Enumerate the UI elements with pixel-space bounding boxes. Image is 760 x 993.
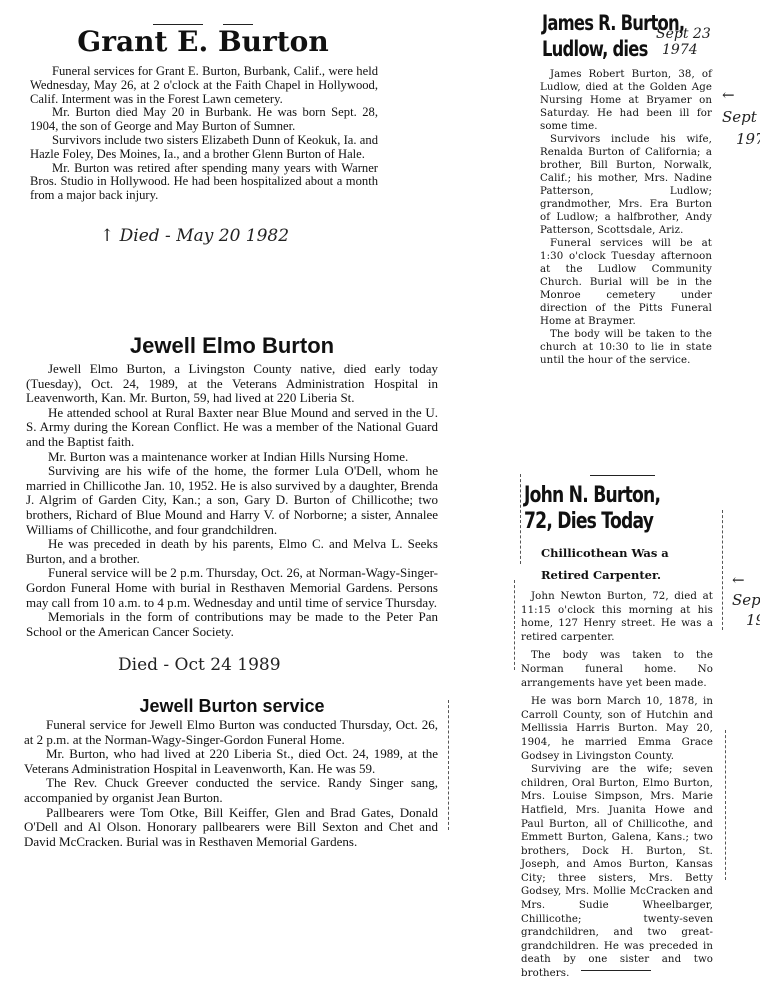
paragraph: James Robert Burton, 38, of Ludlow, died… [540,68,712,133]
article-body: Funeral service for Jewell Elmo Burton w… [24,718,438,849]
paragraph: He was preceded in death by his parents,… [26,537,438,566]
headline-line: 72, Dies Today [524,509,660,535]
headline: Jewell Burton service [24,695,440,717]
paragraph: Mr. Burton died May 20 in Burbank. He wa… [30,106,378,134]
margin-note-line: Sep [732,590,760,610]
article-body: James Robert Burton, 38, of Ludlow, died… [540,68,712,367]
handwritten-date-line: Sept 23 [656,26,711,42]
handwritten-date: Sept 23 1974 [656,26,711,58]
clipping-edge [514,580,515,670]
clipping-edge [520,474,521,564]
paragraph: Mr. Burton was retired after spending ma… [30,162,378,203]
arrow-left-icon: ← [722,84,760,106]
arrow-left-icon: ← [732,570,760,590]
article-body: Jewell Elmo Burton, a Livingston County … [26,362,438,639]
headline-line: John N. Burton, [524,483,660,509]
subheadline: Chillicothean Was a Retired Carpenter. [541,542,669,586]
top-rule [590,475,655,476]
handwritten-death-date: ↑ Died - May 20 1982 [100,226,289,246]
paragraph: The Rev. Chuck Greever conducted the ser… [24,776,438,805]
paragraph: Funeral services for Grant E. Burton, Bu… [30,65,378,106]
paragraph: He was born March 10, 1878, in Carroll C… [521,695,713,763]
paragraph: The body was taken to the Norman funeral… [521,649,713,690]
article-body: John Newton Burton, 72, died at 11:15 o'… [521,590,713,981]
paragraph: Survivors include two sisters Elizabeth … [30,134,378,162]
clipping-edge [722,510,723,630]
paragraph: Funeral service will be 2 p.m. Thursday,… [26,566,438,610]
margin-note-line: 19 [732,610,760,630]
clipping-edge [448,700,449,830]
headline: Grant E. Burton [28,26,378,58]
paragraph: Pallbearers were Tom Otke, Bill Keiffer,… [24,806,438,850]
handwritten-death-date: Died - Oct 24 1989 [118,655,281,675]
paragraph: The body will be taken to the church at … [540,328,712,367]
headline: Jewell Elmo Burton [26,333,438,359]
subheadline-line: Retired Carpenter. [541,564,669,586]
handwritten-date-line: 1974 [656,42,711,58]
paragraph: Jewell Elmo Burton, a Livingston County … [26,362,438,406]
headline: John N. Burton, 72, Dies Today [524,483,660,535]
bottom-rule [581,970,651,971]
paragraph: John Newton Burton, 72, died at 11:15 o'… [521,590,713,644]
paragraph: He attended school at Rural Baxter near … [26,406,438,450]
paragraph: Survivors include his wife, Renalda Burt… [540,133,712,237]
paragraph: Funeral service for Jewell Elmo Burton w… [24,718,438,747]
paragraph: Mr. Burton was a maintenance worker at I… [26,450,438,465]
paragraph: Surviving are his wife of the home, the … [26,464,438,537]
paragraph: Memorials in the form of contributions m… [26,610,438,639]
clipping-edge [725,730,726,880]
paragraph: Surviving are the wife; seven children, … [521,763,713,981]
paragraph: Mr. Burton, who had lived at 220 Liberia… [24,747,438,776]
article-body: Funeral services for Grant E. Burton, Bu… [30,65,378,203]
subheadline-line: Chillicothean Was a [541,542,669,564]
paragraph: Funeral services will be at 1:30 o'clock… [540,237,712,328]
margin-note: ← Sept 197 [722,84,760,150]
margin-note-line: 197 [722,128,760,150]
margin-note: ← Sep 19 [732,570,760,630]
margin-note-line: Sept [722,106,760,128]
